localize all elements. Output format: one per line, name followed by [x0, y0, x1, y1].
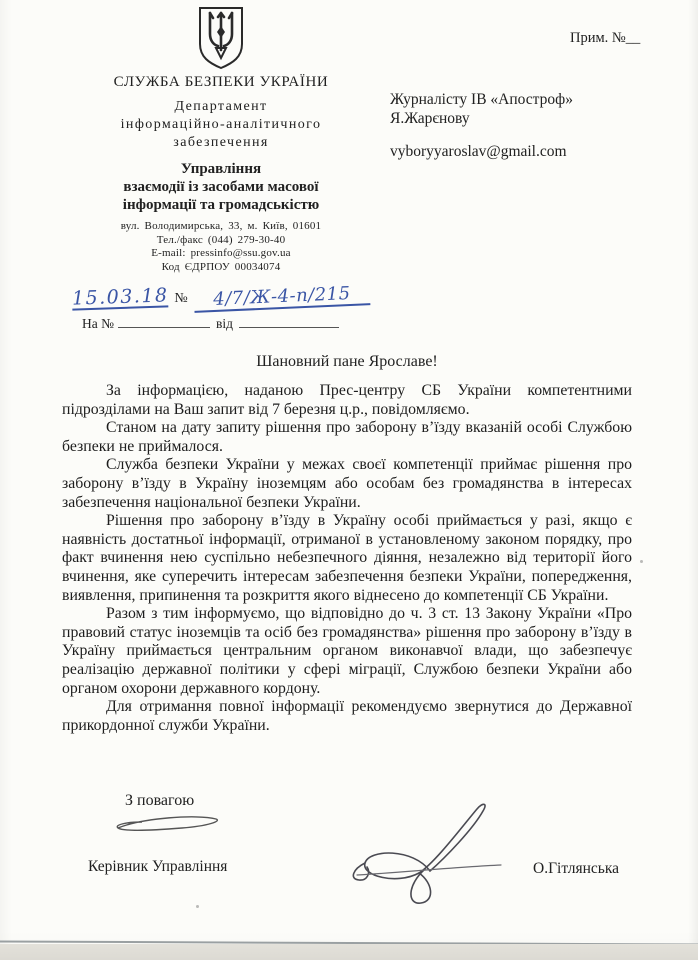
- scan-speck: [640, 560, 643, 563]
- addressee-email: vyboryyaroslav@gmail.com: [390, 142, 573, 161]
- handwritten-date: 15.03.18: [72, 285, 169, 310]
- division-line-1: Управління: [60, 160, 382, 178]
- vid-label: від: [216, 316, 233, 331]
- valediction: З повагою: [125, 792, 194, 810]
- phone-fax: Тел./факс (044) 279-30-40: [60, 234, 382, 248]
- department-line-3: забезпечення: [60, 134, 382, 152]
- edrpou-code: Код ЄДРПОУ 00034074: [60, 261, 382, 275]
- paragraph-2: Станом на дату запиту рішення про заборо…: [62, 419, 632, 456]
- paragraph-6: Для отримання повної інформації рекоменд…: [62, 698, 632, 735]
- contact-block: вул. Володимирська, 33, м. Київ, 01601 Т…: [60, 220, 382, 274]
- scanner-background: [0, 944, 698, 960]
- scan-speck: [196, 905, 199, 908]
- org-name: СЛУЖБА БЕЗПЕКИ УКРАЇНИ: [60, 74, 382, 91]
- pen-flourish-icon: [112, 812, 227, 838]
- department-line-1: Департамент: [60, 98, 382, 116]
- division-line-3: інформації та громадськістю: [60, 196, 382, 214]
- signer-name: О.Гітлянська: [533, 860, 619, 878]
- letterhead: СЛУЖБА БЕЗПЕКИ УКРАЇНИ Департамент інфор…: [60, 6, 382, 332]
- addressee-block: Журналісту ІВ «Апостроф» Я.Жарєнову vybo…: [390, 90, 573, 161]
- department-name: Департамент інформаційно-аналітичного за…: [60, 98, 382, 152]
- paragraph-5: Разом з тим інформуємо, що відповідно до…: [62, 605, 632, 698]
- ukraine-trident-emblem-icon: [195, 6, 247, 70]
- scanned-letter-page: СЛУЖБА БЕЗПЕКИ УКРАЇНИ Департамент інфор…: [0, 0, 698, 960]
- addressee-line-1: Журналісту ІВ «Апостроф»: [390, 90, 573, 109]
- reference-line: На №від: [60, 315, 382, 332]
- number-sign-label: №: [174, 291, 187, 309]
- email-line: E-mail: pressinfo@ssu.gov.ua: [60, 247, 382, 261]
- annex-number-label: Прим. №__: [570, 30, 640, 47]
- na-number-blank: [118, 315, 210, 328]
- handwritten-signature-icon: [335, 793, 515, 908]
- signer-position: Керівник Управління: [88, 858, 227, 876]
- paragraph-1: За інформацією, наданою Прес-центру СБ У…: [62, 382, 632, 419]
- paragraph-3: Служба безпеки України у межах своєї ком…: [62, 456, 632, 512]
- registration-line: 15.03.18 № 4/7/Ж-4-п/215: [60, 281, 382, 309]
- na-number-label: На №: [82, 316, 114, 331]
- vid-date-blank: [239, 315, 339, 328]
- street-address: вул. Володимирська, 33, м. Київ, 01601: [60, 220, 382, 234]
- division-line-2: взаємодії із засобами масової: [60, 178, 382, 196]
- handwritten-reg-number: 4/7/Ж-4-п/215: [193, 283, 370, 313]
- department-line-2: інформаційно-аналітичного: [60, 116, 382, 134]
- division-name: Управління взаємодії із засобами масової…: [60, 160, 382, 214]
- addressee-line-2: Я.Жарєнову: [390, 109, 573, 128]
- salutation: Шановний пане Ярославе!: [62, 353, 632, 371]
- letter-body: Шановний пане Ярославе! За інформацією, …: [62, 353, 632, 735]
- paragraph-4: Рішення про заборону в’їзду в Україну ос…: [62, 512, 632, 605]
